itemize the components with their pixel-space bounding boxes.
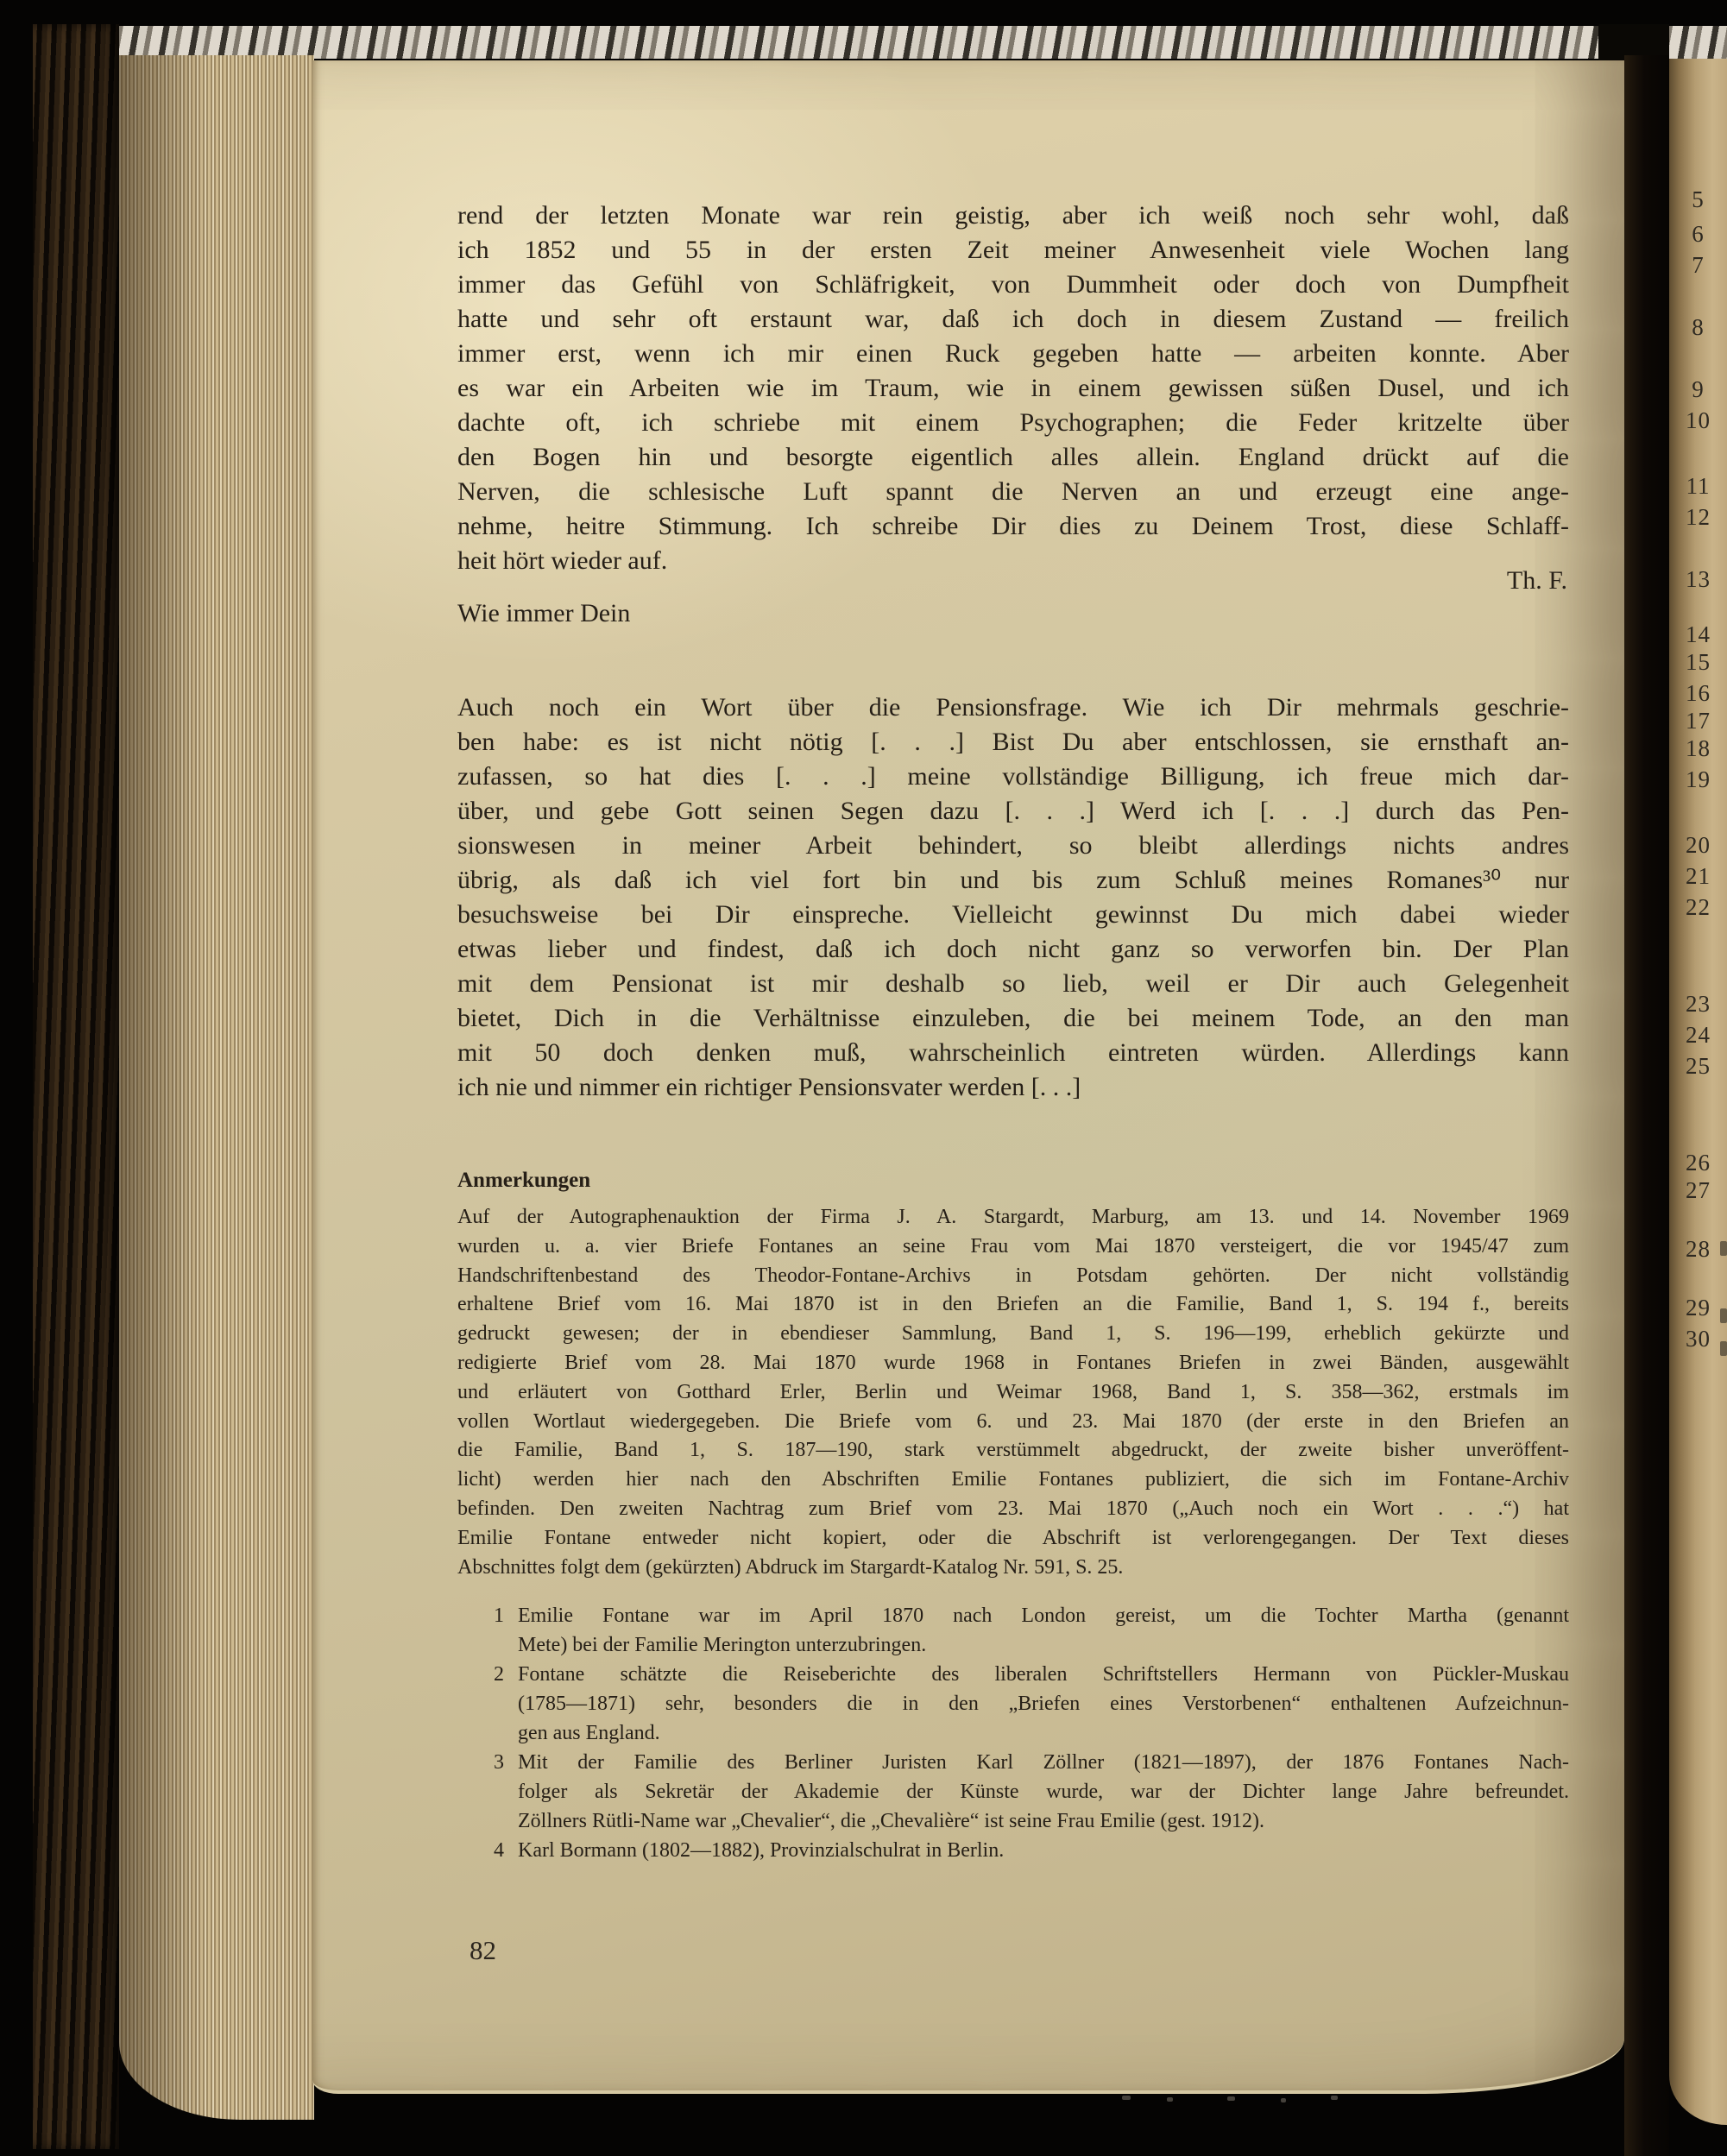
text-line: hatte und sehr oft erstaunt war, daß ich… — [457, 302, 1569, 337]
text-line: heit hört wieder auf. — [457, 544, 1569, 578]
margin-line-number: 16 — [1669, 680, 1727, 707]
page-text-block: rend der letzten Monate war rein geistig… — [457, 199, 1569, 1865]
margin-line-number: 18 — [1669, 735, 1727, 762]
text-line: übrig, als daß ich viel fort bin und bis… — [457, 863, 1569, 898]
text-line: rend der letzten Monate war rein geistig… — [457, 199, 1569, 233]
text-line: ben habe: es ist nicht nötig [. . .] Bis… — [457, 725, 1569, 760]
text-line: Emilie Fontane entweder nicht kopiert, o… — [457, 1524, 1569, 1554]
notes-heading: Anmerkungen — [457, 1165, 1569, 1196]
letter-signature: Th. F. — [1507, 566, 1567, 596]
text-line: zufassen, so hat dies [. . .] meine voll… — [457, 760, 1569, 794]
book-cover-spine — [33, 24, 119, 2149]
text-line: mit dem Pensionat ist mir deshalb so lie… — [457, 967, 1569, 1001]
margin-line-number: 25 — [1669, 1053, 1727, 1080]
margin-line-number: 5 — [1669, 186, 1727, 213]
margin-line-number: 19 — [1669, 766, 1727, 793]
footnote: 4Karl Bormann (1802—1882), Provinzialsch… — [457, 1836, 1569, 1865]
footnote-number: 3 — [494, 1748, 504, 1777]
margin-line-number: 10 — [1669, 407, 1727, 434]
text-line: vollen Wortlaut wiedergegeben. Die Brief… — [457, 1408, 1569, 1437]
margin-line-number: 30 — [1669, 1326, 1727, 1352]
dust-speck — [1122, 2096, 1131, 2100]
dust-speck — [1281, 2098, 1286, 2102]
book-page: rend der letzten Monate war rein geistig… — [312, 60, 1624, 2094]
margin-line-number: 13 — [1669, 566, 1727, 593]
text-line: bietet, Dich in die Verhältnisse einzule… — [457, 1001, 1569, 1036]
margin-line-number: 29 — [1669, 1295, 1727, 1321]
margin-line-number: 14 — [1669, 621, 1727, 648]
text-line: ich nie und nimmer ein richtiger Pension… — [457, 1070, 1569, 1105]
text-line: befinden. Den zweiten Nachtrag zum Brief… — [457, 1495, 1569, 1524]
margin-line-number: 11 — [1669, 473, 1727, 500]
footnote: 3Mit der Familie des Berliner Juristen K… — [457, 1748, 1569, 1836]
text-line: nehme, heitre Stimmung. Ich schreibe Dir… — [457, 509, 1569, 544]
text-line: Karl Bormann (1802—1882), Provinzialschu… — [518, 1836, 1569, 1865]
text-line: gedruckt gewesen; der in ebendieser Samm… — [457, 1320, 1569, 1349]
margin-line-number: 12 — [1669, 504, 1727, 531]
text-line: sionswesen in meiner Arbeit behindert, s… — [457, 829, 1569, 863]
facing-page-edge: 5678910111213141516171819202122232425262… — [1669, 59, 1727, 2125]
footnote: 2Fontane schätzte die Reiseberichte des … — [457, 1660, 1569, 1748]
text-line: Emilie Fontane war im April 1870 nach Lo… — [518, 1601, 1569, 1630]
footnote: 1Emilie Fontane war im April 1870 nach L… — [457, 1601, 1569, 1660]
text-line: Abschnittes folgt dem (gekürzten) Abdruc… — [457, 1554, 1569, 1583]
book-photo: rend der letzten Monate war rein geistig… — [0, 0, 1727, 2156]
text-line: es war ein Arbeiten wie im Traum, wie in… — [457, 371, 1569, 406]
page-number: 82 — [470, 1935, 496, 1966]
text-line: etwas lieber und findest, daß ich doch n… — [457, 932, 1569, 967]
text-line: Auch noch ein Wort über die Pensionsfrag… — [457, 690, 1569, 725]
margin-line-number: 27 — [1669, 1177, 1727, 1204]
letter-closing-block: Wie immer Dein Th. F. — [457, 578, 1569, 690]
margin-line-number: 15 — [1669, 649, 1727, 676]
margin-line-number: 17 — [1669, 708, 1727, 734]
footnote-list: 1Emilie Fontane war im April 1870 nach L… — [457, 1601, 1569, 1865]
margin-line-number: 22 — [1669, 894, 1727, 921]
text-line: redigierte Brief vom 28. Mai 1870 wurde … — [457, 1349, 1569, 1378]
text-line: folger als Sekretär der Akademie der Kün… — [518, 1777, 1569, 1806]
footnote-number: 1 — [494, 1601, 504, 1630]
text-line: Handschriftenbestand des Theodor-Fontane… — [457, 1262, 1569, 1291]
footnote-number: 2 — [494, 1660, 504, 1689]
text-line: erhaltene Brief vom 16. Mai 1870 ist in … — [457, 1290, 1569, 1320]
text-line: und erläutert von Gotthard Erler, Berlin… — [457, 1378, 1569, 1408]
gutter-shadow — [1624, 55, 1669, 2156]
margin-line-number: 26 — [1669, 1150, 1727, 1176]
text-line: wurden u. a. vier Briefe Fontanes an sei… — [457, 1232, 1569, 1262]
text-line: licht) werden hier nach den Abschriften … — [457, 1466, 1569, 1495]
text-line: ich 1852 und 55 in der ersten Zeit meine… — [457, 233, 1569, 268]
text-line: mit 50 doch denken muß, wahrscheinlich e… — [457, 1036, 1569, 1070]
text-line: (1785—1871) sehr, besonders die in den „… — [518, 1689, 1569, 1718]
text-line: Auf der Autographenauktion der Firma J. … — [457, 1203, 1569, 1232]
cutoff-print-mark — [1720, 1341, 1727, 1356]
text-line: gen aus England. — [518, 1718, 1569, 1748]
text-line: besuchsweise bei Dir einspreche. Viellei… — [457, 898, 1569, 932]
letter-closing: Wie immer Dein — [457, 599, 630, 628]
margin-line-number: 8 — [1669, 314, 1727, 341]
text-line: die Familie, Band 1, S. 187—190, stark v… — [457, 1436, 1569, 1466]
text-line: Zöllners Rütli-Name war „Chevalier“, die… — [518, 1806, 1569, 1836]
text-line: über, und gebe Gott seinen Segen dazu [.… — [457, 794, 1569, 829]
footnote-number: 4 — [494, 1836, 504, 1865]
text-line: immer das Gefühl von Schläfrigkeit, von … — [457, 268, 1569, 302]
text-line: Mit der Familie des Berliner Juristen Ka… — [518, 1748, 1569, 1777]
notes-intro: Auf der Autographenauktion der Firma J. … — [457, 1203, 1569, 1582]
cutoff-print-mark — [1720, 1308, 1727, 1323]
margin-line-number: 28 — [1669, 1236, 1727, 1263]
cutoff-print-mark — [1720, 1241, 1727, 1256]
dust-speck — [1167, 2097, 1173, 2102]
text-line: Nerven, die schlesische Luft spannt die … — [457, 475, 1569, 509]
margin-line-number: 9 — [1669, 376, 1727, 403]
text-line: dachte oft, ich schriebe mit einem Psych… — [457, 406, 1569, 440]
margin-line-number: 7 — [1669, 252, 1727, 279]
text-line: den Bogen hin und besorgte eigentlich al… — [457, 440, 1569, 475]
margin-line-number: 6 — [1669, 221, 1727, 248]
margin-line-number: 21 — [1669, 863, 1727, 890]
margin-line-number: 24 — [1669, 1022, 1727, 1049]
dust-speck — [1227, 2096, 1235, 2101]
text-line: Mete) bei der Familie Merington unterzub… — [518, 1630, 1569, 1660]
text-line: immer erst, wenn ich mir einen Ruck gege… — [457, 337, 1569, 371]
margin-line-number: 20 — [1669, 832, 1727, 859]
margin-line-number: 23 — [1669, 991, 1727, 1018]
book-top-page-edges — [74, 26, 1727, 59]
letter-paragraph-1: rend der letzten Monate war rein geistig… — [457, 199, 1569, 578]
text-line: Fontane schätzte die Reiseberichte des l… — [518, 1660, 1569, 1689]
left-page-stack-edge — [119, 55, 314, 2120]
letter-paragraph-2: Auch noch ein Wort über die Pensionsfrag… — [457, 690, 1569, 1105]
dust-speck — [1331, 2096, 1338, 2100]
